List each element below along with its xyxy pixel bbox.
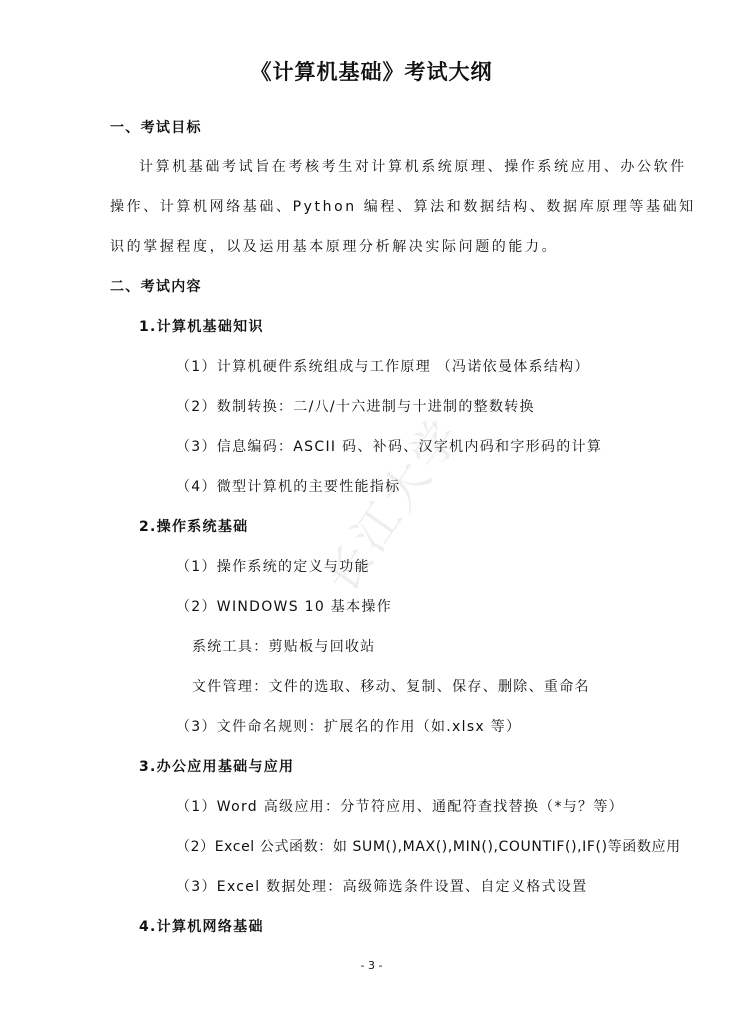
list-item: （2）WINDOWS 10 基本操作 [176, 596, 392, 616]
subsection-title-office-apps: 3.办公应用基础与应用 [139, 756, 294, 776]
list-item: （3）文件命名规则：扩展名的作用（如.xlsx 等） [176, 716, 521, 736]
list-item: （1）操作系统的定义与功能 [176, 556, 370, 576]
subsection-title-os-basics: 2.操作系统基础 [139, 516, 248, 536]
subsection-title-computer-basics: 1.计算机基础知识 [139, 316, 264, 336]
section-heading-content: 二、考试内容 [110, 276, 202, 296]
page-number: - 3 - [0, 959, 743, 972]
section-heading-objectives: 一、考试目标 [110, 117, 202, 137]
list-item: （1）Word 高级应用：分节符应用、通配符查找替换（*与？等） [176, 796, 624, 816]
list-item: （4）微型计算机的主要性能指标 [176, 476, 400, 496]
list-item: （2）数制转换：二/八/十六进制与十进制的整数转换 [176, 396, 535, 416]
document-title: 《计算机基础》考试大纲 [0, 56, 743, 86]
subsection-title-networking: 4.计算机网络基础 [139, 916, 264, 936]
list-item: （1）计算机硬件系统组成与工作原理 （冯诺依曼体系结构） [176, 356, 590, 376]
list-subitem: 系统工具：剪贴板与回收站 [192, 636, 376, 656]
paragraph-line-2: 操作、计算机网络基础、Python 编程、算法和数据结构、数据库原理等基础知 [110, 196, 696, 216]
paragraph-line-3: 识的掌握程度，以及运用基本原理分析解决实际问题的能力。 [110, 236, 558, 256]
list-item: （3）信息编码：ASCII 码、补码、汉字机内码和字形码的计算 [176, 436, 602, 456]
list-item: （2）Excel 公式函数：如 SUM(),MAX(),MIN(),COUNTI… [176, 836, 681, 856]
list-item: （3）Excel 数据处理：高级筛选条件设置、自定义格式设置 [176, 876, 587, 896]
paragraph-line-1: 计算机基础考试旨在考核考生对计算机系统原理、操作系统应用、办公软件 [139, 156, 687, 176]
list-subitem: 文件管理：文件的选取、移动、复制、保存、删除、重命名 [192, 676, 590, 696]
